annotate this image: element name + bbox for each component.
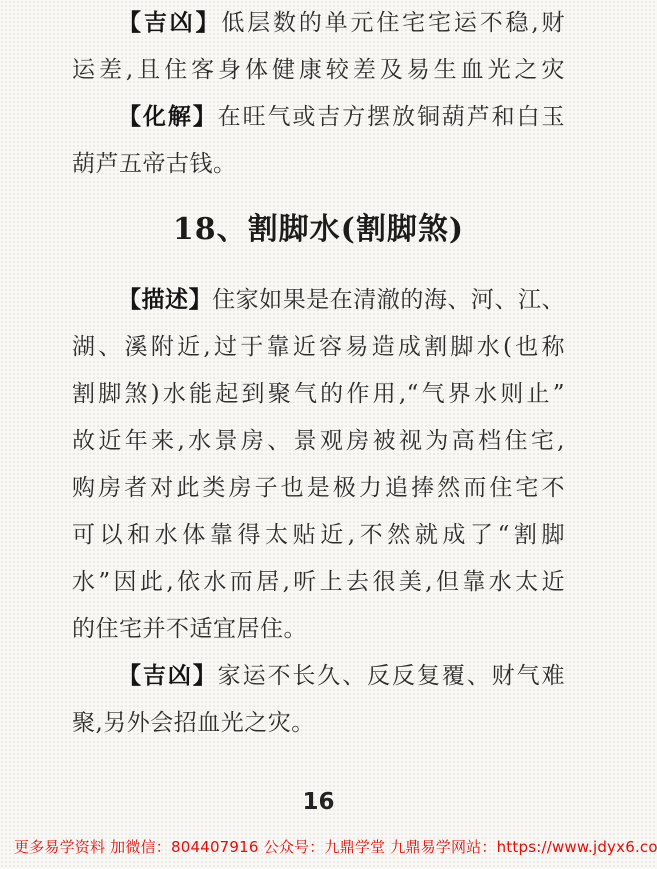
paragraph-label: 【化解】 bbox=[118, 104, 218, 130]
paragraph-jixiong-bottom: 【吉凶】家运不长久、反反复覆、财气难 聚,另外会招血光之灾。 bbox=[72, 653, 565, 747]
text-line: 【吉凶】家运不长久、反反复覆、财气难 bbox=[72, 653, 565, 700]
text-line: 聚,另外会招血光之灾。 bbox=[72, 700, 565, 747]
paragraph-label: 【描述】 bbox=[118, 287, 212, 313]
text-line: 【化解】在旺气或吉方摆放铜葫芦和白玉 bbox=[72, 94, 565, 141]
footer-promo-text: 更多易学资料 加微信：804407916 公众号：九鼎学堂 九鼎易学网站：htt… bbox=[0, 837, 657, 857]
text-line: 购房者对此类房子也是极力追捧然而住宅不 bbox=[72, 465, 565, 512]
text-run: 住家如果是在清澈的海、河、江、 bbox=[212, 287, 565, 313]
text-run: 低层数的单元住宅宅运不稳,财 bbox=[221, 10, 565, 36]
text-line: 运差,且住客身体健康较差及易生血光之灾 bbox=[72, 47, 565, 94]
paragraph-jixiong-top: 【吉凶】低层数的单元住宅宅运不稳,财 运差,且住客身体健康较差及易生血光之灾 bbox=[72, 0, 565, 94]
text-line: 故近年来,水景房、景观房被视为高档住宅, bbox=[72, 418, 565, 465]
text-line: 葫芦五帝古钱。 bbox=[72, 141, 565, 188]
text-line: 割脚煞)水能起到聚气的作用,“气界水则止” bbox=[72, 371, 565, 418]
paragraph-huajie: 【化解】在旺气或吉方摆放铜葫芦和白玉 葫芦五帝古钱。 bbox=[72, 94, 565, 188]
text-line: 的住宅并不适宜居住。 bbox=[72, 606, 565, 653]
section-heading: 18、割脚水(割脚煞) bbox=[72, 206, 565, 253]
text-line: 水”因此,依水而居,听上去很美,但靠水太近 bbox=[72, 559, 565, 606]
text-line: 湖、溪附近,过于靠近容易造成割脚水(也称 bbox=[72, 324, 565, 371]
text-line: 【描述】住家如果是在清澈的海、河、江、 bbox=[72, 277, 565, 324]
page-number: 16 bbox=[72, 789, 565, 815]
text-run: 家运不长久、反反复覆、财气难 bbox=[218, 663, 565, 689]
paragraph-label: 【吉凶】 bbox=[118, 663, 218, 689]
text-run: 在旺气或吉方摆放铜葫芦和白玉 bbox=[218, 104, 565, 130]
paragraph-miaoshu: 【描述】住家如果是在清澈的海、河、江、 湖、溪附近,过于靠近容易造成割脚水(也称… bbox=[72, 277, 565, 653]
scanned-book-page: 【吉凶】低层数的单元住宅宅运不稳,财 运差,且住客身体健康较差及易生血光之灾 【… bbox=[0, 0, 657, 869]
text-line: 可以和水体靠得太贴近,不然就成了“割脚 bbox=[72, 512, 565, 559]
text-line: 【吉凶】低层数的单元住宅宅运不稳,财 bbox=[72, 0, 565, 47]
page-body: 【吉凶】低层数的单元住宅宅运不稳,财 运差,且住客身体健康较差及易生血光之灾 【… bbox=[72, 0, 565, 815]
paragraph-label: 【吉凶】 bbox=[118, 10, 221, 36]
